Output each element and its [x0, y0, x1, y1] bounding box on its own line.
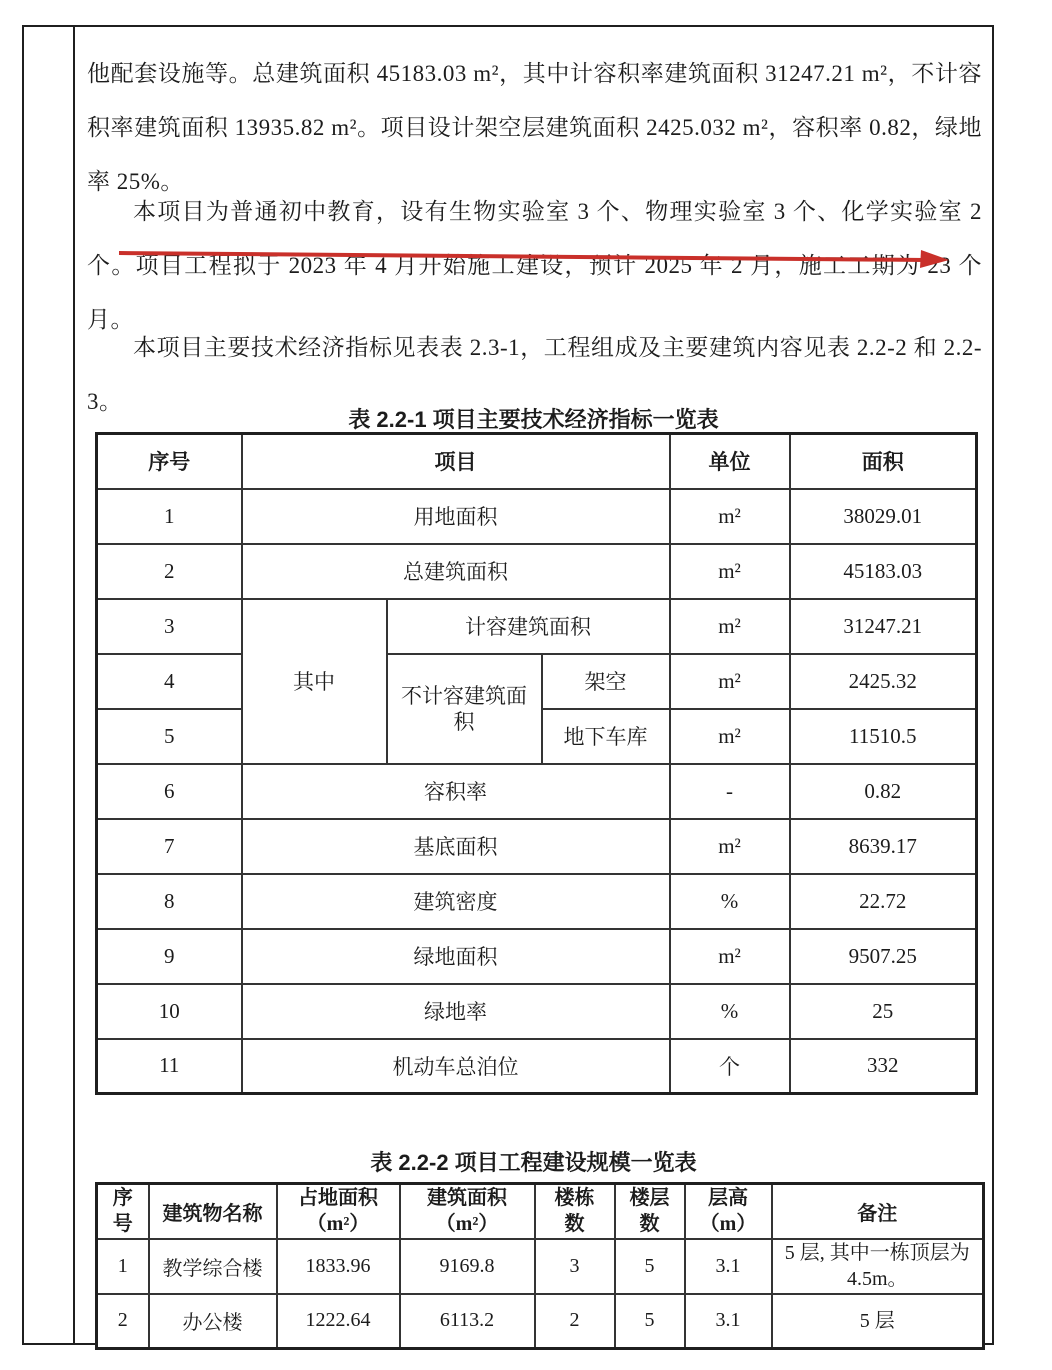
cell-item: 架空 [542, 654, 670, 709]
cell-group-qizhong: 其中 [242, 599, 387, 764]
cell-unit: m² [670, 489, 790, 544]
col-header-floor-area: 建筑面积 （m²） [400, 1184, 535, 1239]
cell-no: 5 [97, 709, 242, 764]
cell-item: 总建筑面积 [242, 544, 670, 599]
cell-item: 建筑密度 [242, 874, 670, 929]
cell-item: 机动车总泊位 [242, 1039, 670, 1094]
col-header-area: 面积 [790, 434, 977, 489]
cell-no: 1 [97, 489, 242, 544]
col-header-footprint-area: 占地面积 （m²） [277, 1184, 400, 1239]
cell-unit: 个 [670, 1039, 790, 1094]
cell-item: 容积率 [242, 764, 670, 819]
cell-story-height: 3.1 [685, 1294, 772, 1349]
cell-unit: m² [670, 654, 790, 709]
cell-area: 332 [790, 1039, 977, 1094]
table2-caption: 表 2.2-2 项目工程建设规模一览表 [75, 1146, 992, 1177]
cell-item: 基底面积 [242, 819, 670, 874]
col-header-story-height: 层高 （m） [685, 1184, 772, 1239]
cell-floor-count: 5 [615, 1239, 685, 1294]
cell-area: 8639.17 [790, 819, 977, 874]
cell-building-count: 2 [535, 1294, 615, 1349]
col-header-building-name: 建筑物名称 [149, 1184, 277, 1239]
cell-no: 1 [97, 1239, 149, 1294]
col-header-no: 序 号 [97, 1184, 149, 1239]
cell-no: 8 [97, 874, 242, 929]
cell-item: 绿地面积 [242, 929, 670, 984]
cell-area: 31247.21 [790, 599, 977, 654]
cell-no: 2 [97, 544, 242, 599]
cell-unit: m² [670, 929, 790, 984]
cell-footprint-area: 1833.96 [277, 1239, 400, 1294]
table-row: 1 教学综合楼 1833.96 9169.8 3 5 3.1 5 层, 其中一栋… [97, 1239, 984, 1294]
table-row: 8 建筑密度 % 22.72 [97, 874, 977, 929]
table-row: 2 办公楼 1222.64 6113.2 2 5 3.1 5 层 [97, 1294, 984, 1349]
cell-floor-area: 9169.8 [400, 1239, 535, 1294]
cell-item: 地下车库 [542, 709, 670, 764]
document-page: { "annotation": { "color": "#c9302a" }, … [0, 0, 1052, 1370]
col-header-building-count: 楼栋 数 [535, 1184, 615, 1239]
col-header-no: 序号 [97, 434, 242, 489]
cell-remark: 5 层 [772, 1294, 984, 1349]
cell-no: 7 [97, 819, 242, 874]
cell-building-name: 办公楼 [149, 1294, 277, 1349]
table-row: 6 容积率 - 0.82 [97, 764, 977, 819]
cell-unit: m² [670, 709, 790, 764]
technical-economic-indicators-table: 序号 项目 单位 面积 1 用地面积 m² 38029.01 2 总建筑面积 m… [95, 432, 978, 1095]
table-header-row: 序号 项目 单位 面积 [97, 434, 977, 489]
cell-item: 绿地率 [242, 984, 670, 1039]
cell-unit: m² [670, 599, 790, 654]
cell-footprint-area: 1222.64 [277, 1294, 400, 1349]
cell-floor-count: 5 [615, 1294, 685, 1349]
cell-area: 25 [790, 984, 977, 1039]
table-row: 2 总建筑面积 m² 45183.03 [97, 544, 977, 599]
cell-area: 0.82 [790, 764, 977, 819]
table-row: 9 绿地面积 m² 9507.25 [97, 929, 977, 984]
col-header-unit: 单位 [670, 434, 790, 489]
cell-unit: m² [670, 819, 790, 874]
cell-no: 4 [97, 654, 242, 709]
table-header-row: 序 号 建筑物名称 占地面积 （m²） 建筑面积 （m²） 楼栋 数 楼层 数 … [97, 1184, 984, 1239]
cell-area: 22.72 [790, 874, 977, 929]
cell-no: 10 [97, 984, 242, 1039]
cell-area: 45183.03 [790, 544, 977, 599]
content-area: 他配套设施等。总建筑面积 45183.03 m²，其中计容积率建筑面积 3124… [75, 25, 994, 1345]
col-header-item: 项目 [242, 434, 670, 489]
table-row: 1 用地面积 m² 38029.01 [97, 489, 977, 544]
cell-building-count: 3 [535, 1239, 615, 1294]
cell-unit: % [670, 984, 790, 1039]
cell-no: 6 [97, 764, 242, 819]
cell-no: 9 [97, 929, 242, 984]
cell-unit: - [670, 764, 790, 819]
cell-no: 2 [97, 1294, 149, 1349]
cell-building-name: 教学综合楼 [149, 1239, 277, 1294]
table-row: 3 其中 计容建筑面积 m² 31247.21 [97, 599, 977, 654]
cell-story-height: 3.1 [685, 1239, 772, 1294]
cell-area: 38029.01 [790, 489, 977, 544]
construction-scale-table: 序 号 建筑物名称 占地面积 （m²） 建筑面积 （m²） 楼栋 数 楼层 数 … [95, 1182, 985, 1350]
cell-unit: % [670, 874, 790, 929]
cell-area: 9507.25 [790, 929, 977, 984]
cell-item: 用地面积 [242, 489, 670, 544]
cell-remark: 5 层, 其中一栋顶层为 4.5m。 [772, 1239, 984, 1294]
cell-unit: m² [670, 544, 790, 599]
col-header-floor-count: 楼层 数 [615, 1184, 685, 1239]
cell-area: 11510.5 [790, 709, 977, 764]
cell-no: 11 [97, 1039, 242, 1094]
table-row: 4 不计容建筑面积 架空 m² 2425.32 [97, 654, 977, 709]
cell-area: 2425.32 [790, 654, 977, 709]
cell-subgroup-noncounted-area: 不计容建筑面积 [387, 654, 542, 764]
table1-caption: 表 2.2-1 项目主要技术经济指标一览表 [75, 403, 992, 434]
cell-item: 计容建筑面积 [387, 599, 670, 654]
col-header-remark: 备注 [772, 1184, 984, 1239]
cell-no: 3 [97, 599, 242, 654]
cell-floor-area: 6113.2 [400, 1294, 535, 1349]
table-row: 7 基底面积 m² 8639.17 [97, 819, 977, 874]
table-row: 11 机动车总泊位 个 332 [97, 1039, 977, 1094]
table-row: 10 绿地率 % 25 [97, 984, 977, 1039]
left-margin-column [22, 25, 75, 1345]
